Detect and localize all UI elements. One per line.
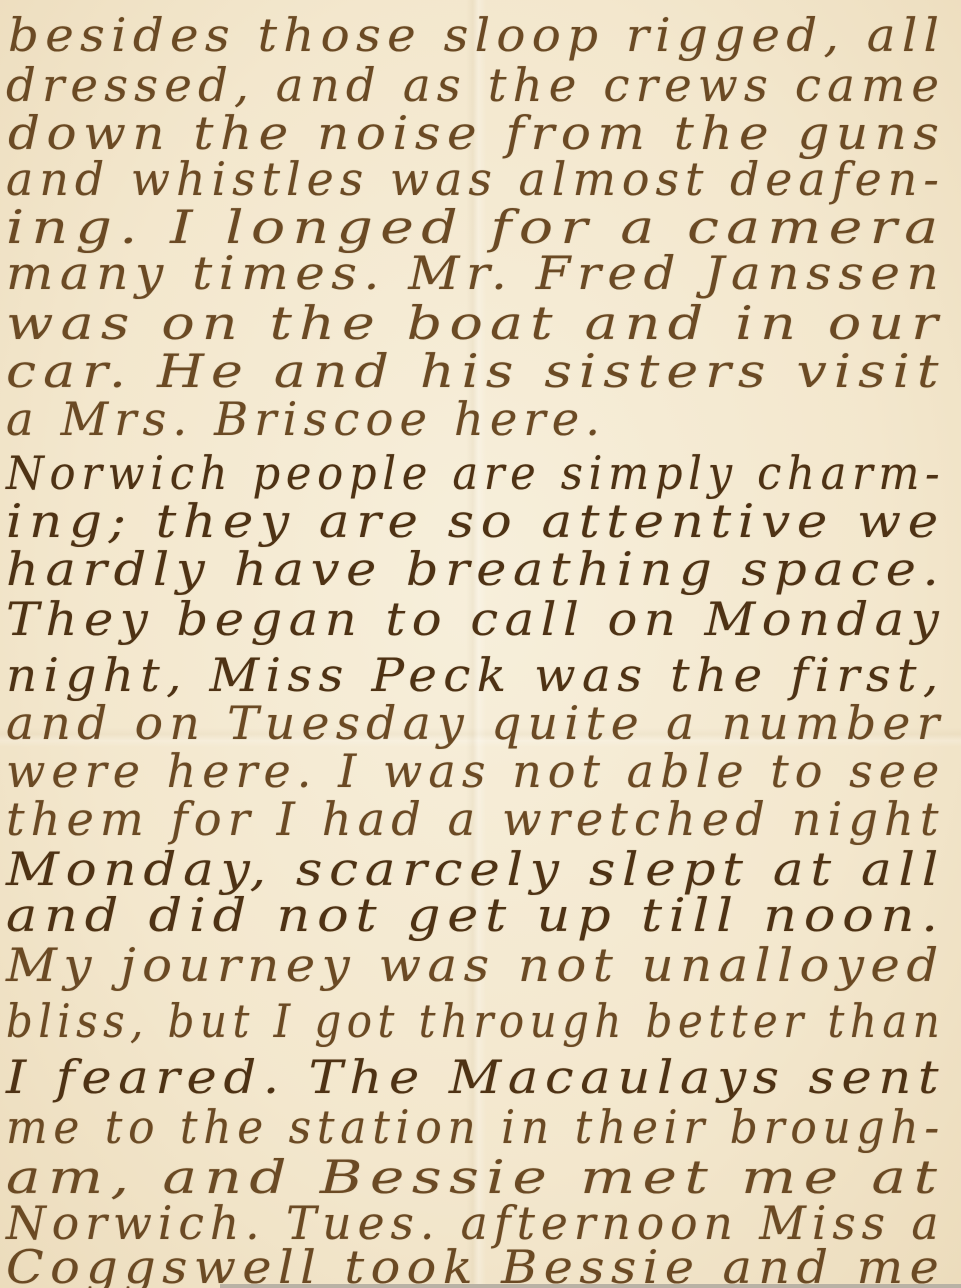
letter-line-15: and on Tuesday quite a number: [6, 696, 945, 750]
scan-edge: [220, 1284, 961, 1288]
letter-line-22: I feared. The Macaulays sent: [6, 1050, 945, 1104]
letter-line-1: besides those sloop rigged, all: [8, 8, 945, 62]
letter-line-10: Norwich people are simply charm-: [6, 446, 945, 500]
letter-page: besides those sloop rigged, all dressed,…: [0, 0, 961, 1288]
letter-line-2: dressed, and as the crews came: [6, 58, 945, 112]
letter-line-6: many times. Mr. Fred Janssen: [6, 246, 945, 300]
letter-line-8: car. He and his sisters visit: [6, 344, 945, 398]
letter-line-7: was on the boat and in our: [6, 296, 945, 350]
letter-line-4: and whistles was almost deafen-: [6, 152, 945, 206]
letter-line-21: bliss, but I got through better than: [6, 994, 945, 1048]
letter-line-23: me to the station in their brough-: [6, 1100, 945, 1154]
letter-line-17: them for I had a wretched night: [6, 792, 945, 846]
letter-line-14: night, Miss Peck was the first,: [6, 648, 945, 702]
letter-line-19: and did not get up till noon.: [6, 888, 945, 942]
letter-line-16: were here. I was not able to see: [6, 744, 945, 798]
letter-line-12: hardly have breathing space.: [6, 542, 945, 596]
letter-line-11: ing; they are so attentive we: [6, 494, 945, 548]
letter-line-20: My journey was not unalloyed: [6, 938, 945, 992]
letter-line-9: a Mrs. Briscoe here.: [6, 392, 606, 446]
letter-line-13: They began to call on Monday: [6, 592, 945, 646]
letter-line-26: Coggswell took Bessie and me: [6, 1240, 945, 1288]
